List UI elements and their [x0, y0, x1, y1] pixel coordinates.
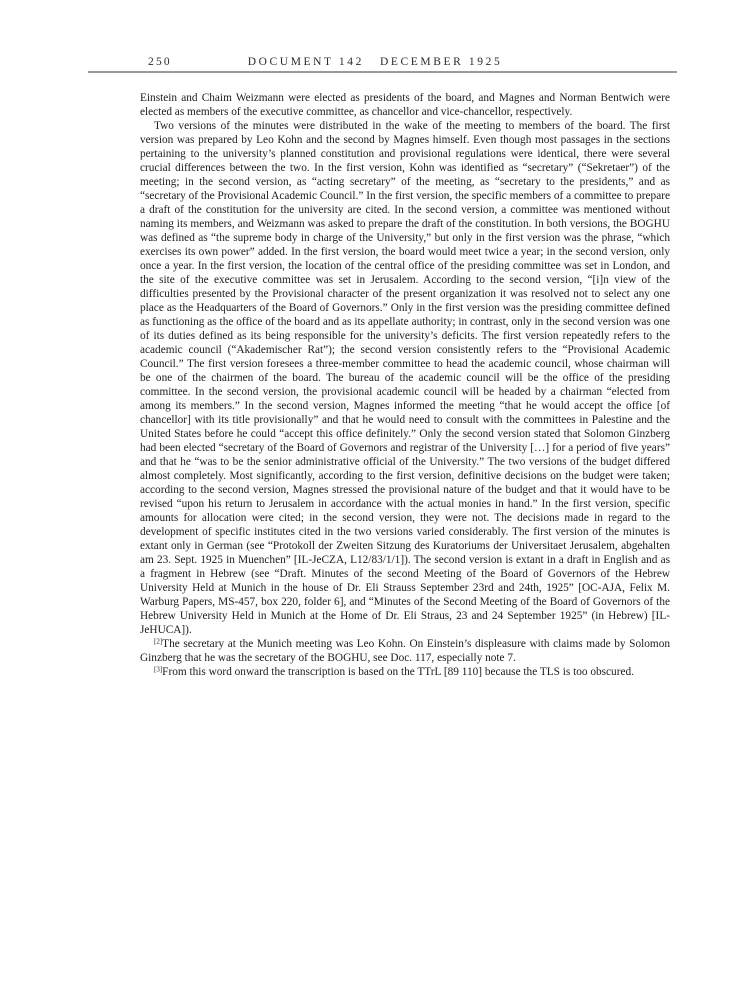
- book-page: 250 DOCUMENT 142DECEMBER 1925 Einstein a…: [0, 0, 750, 999]
- annotation-text-block: Einstein and Chaim Weizmann were elected…: [140, 91, 670, 679]
- running-head-document-label: DOCUMENT 142: [248, 56, 364, 68]
- running-header: 250 DOCUMENT 142DECEMBER 1925: [0, 56, 750, 72]
- running-head-date-label: DECEMBER 1925: [380, 56, 502, 68]
- footnote-paragraph: [2]The secretary at the Munich meeting w…: [140, 637, 670, 665]
- footnote-paragraph: [3]From this word onward the transcripti…: [140, 665, 670, 679]
- header-rule: [88, 71, 677, 73]
- annotation-paragraph: Two versions of the minutes were distrib…: [140, 119, 670, 637]
- annotation-paragraph: Einstein and Chaim Weizmann were elected…: [140, 91, 670, 119]
- footnote-text: From this word onward the transcription …: [162, 666, 634, 678]
- footnote-text: The secretary at the Munich meeting was …: [140, 638, 670, 664]
- footnote-marker: [3]: [154, 666, 162, 674]
- running-head: DOCUMENT 142DECEMBER 1925: [0, 56, 750, 68]
- footnote-marker: [2]: [154, 638, 162, 646]
